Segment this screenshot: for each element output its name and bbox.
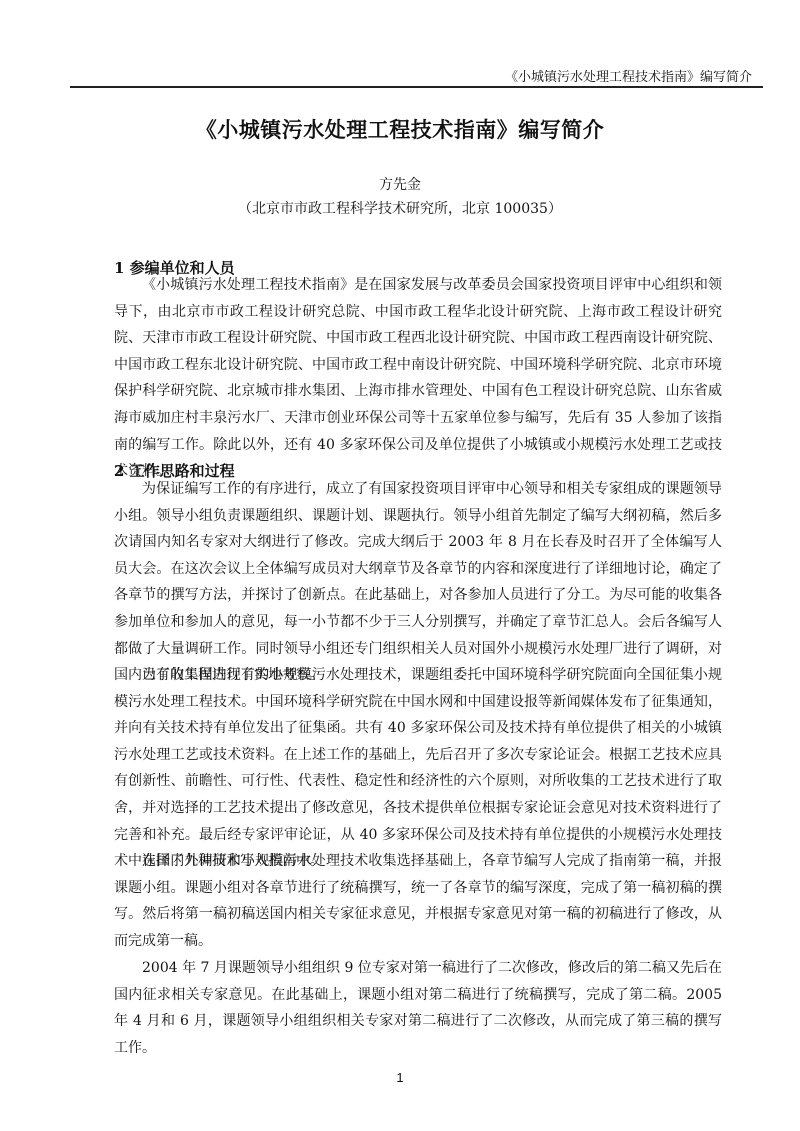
author-affiliation: （北京市市政工程科学技术研究所，北京 100035） <box>0 198 800 218</box>
page-title: 《小城镇污水处理工程技术指南》编写简介 <box>0 114 800 144</box>
paragraph-2-3: 在国内外调研和小规模污水处理技术收集选择基础上，各章节编写人完成了指南第一稿，并… <box>114 848 722 954</box>
paragraph-2-4: 2004 年 7 月课题领导小组组织 9 位专家对第一稿进行了二次修改，修改后的… <box>114 955 722 1061</box>
paragraph-2-2: 为了收集国内现有的小规模污水处理技术，课题组委托中国环境科学研究院面向全国征集小… <box>114 662 722 875</box>
author-name: 方先金 <box>0 174 800 194</box>
running-header: 《小城镇污水处理工程技术指南》编写简介 <box>70 66 760 85</box>
paragraph-1-1: 《小城镇污水处理工程技术指南》是在国家发展与改革委员会国家投资项目评审中心组织和… <box>114 272 722 485</box>
header-rule <box>70 86 763 88</box>
paragraph-2-1: 为保证编写工作的有序进行，成立了有国家投资项目评审中心领导和相关专家组成的课题领… <box>114 476 722 689</box>
page-number: 1 <box>0 1070 800 1085</box>
